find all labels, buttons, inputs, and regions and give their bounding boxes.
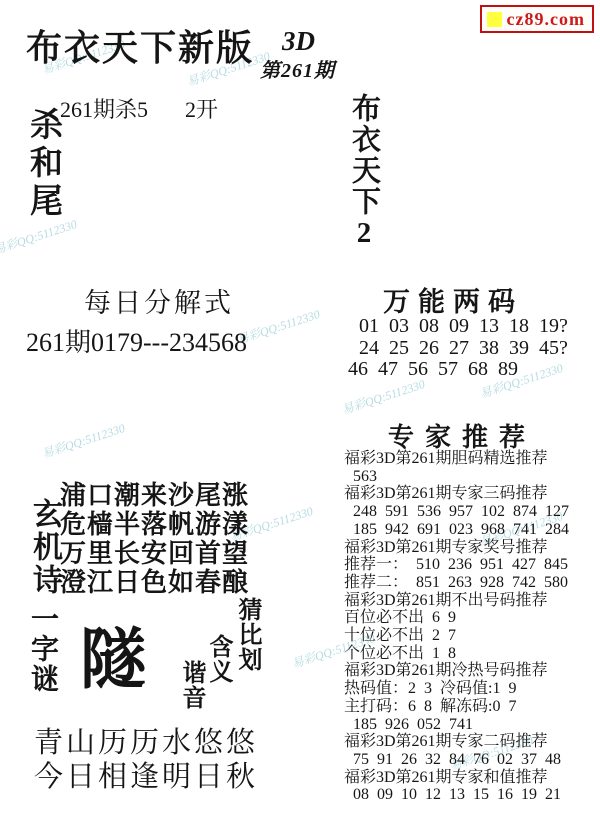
poem-line: 危樯半落帆游漾 <box>60 510 249 539</box>
expert-recommendation-list: 福彩3D第261期胆码精选推荐 563 福彩3D第261期专家三码推荐 248 … <box>344 450 596 804</box>
expert-line: 个位必不出 1 8 <box>344 645 596 663</box>
kill-open-text: 2开 <box>185 93 218 124</box>
watermark-text: 易彩QQ:5112330 <box>0 215 79 258</box>
expert-line: 75 91 26 32 84 76 02 37 48 <box>344 751 596 769</box>
watermark-text: 易彩QQ:5112330 <box>234 305 321 348</box>
daily-decomposition-formula: 261期0179---234568 <box>26 322 247 359</box>
closing-poem-line: 今日相逢明日秋 <box>34 760 258 794</box>
issue-number: 第261期 <box>260 54 335 83</box>
expert-line: 主打码：6 8 解冻码:0 7 <box>344 698 596 716</box>
poem-line: 浦口潮来沙尾涨 <box>60 481 249 510</box>
expert-line: 福彩3D第261期冷热号码推荐 <box>344 662 596 680</box>
sheet-title: 布衣天下新版 <box>26 20 254 71</box>
expert-line: 福彩3D第261期胆码精选推荐 <box>344 450 596 468</box>
expert-line: 推荐二： 851 263 928 742 580 <box>344 574 596 592</box>
expert-line: 563 <box>344 468 596 486</box>
two-codes-row: 46 47 56 57 68 89 <box>345 359 568 381</box>
expert-line: 百位必不出 6 9 <box>344 609 596 627</box>
lottery-tip-sheet: 易彩QQ:5112330 易彩QQ:5112330 易彩QQ:5112330 易… <box>0 0 600 824</box>
expert-line: 福彩3D第261期专家奖号推荐 <box>344 539 596 557</box>
mystery-poem: 浦口潮来沙尾涨 危樯半落帆游漾 万里长安回首望 澄江日色如春酿 <box>60 481 249 597</box>
game-label: 3D <box>282 26 315 57</box>
expert-line: 08 09 10 12 13 15 16 19 21 <box>344 786 596 804</box>
riddle-label: 一字谜 <box>22 604 62 694</box>
closing-poem-line: 青山历历水悠悠 <box>34 726 258 760</box>
riddle-hint: 谐音 <box>174 660 209 710</box>
kill-text: 261期杀5 <box>60 93 148 124</box>
expert-line: 185 942 691 023 968 741 284 <box>344 521 596 539</box>
kill-line: 261期杀5 2开 <box>60 93 218 124</box>
poem-line: 万里长安回首望 <box>60 539 249 568</box>
site-url: cz89.com <box>507 9 585 30</box>
expert-line: 福彩3D第261期不出号码推荐 <box>344 592 596 610</box>
closing-poem: 青山历历水悠悠 今日相逢明日秋 <box>34 726 258 794</box>
watermark-text: 易彩QQ:5112330 <box>39 419 126 462</box>
riddle-character: 隧 <box>80 628 146 694</box>
two-codes-row: 01 03 08 09 13 18 19? <box>345 316 568 338</box>
kill-vertical-label: 杀和尾 <box>20 107 67 221</box>
series-vertical-label: 布衣天下2 <box>344 93 385 251</box>
expert-line: 福彩3D第261期专家二码推荐 <box>344 733 596 751</box>
expert-line: 十位必不出 2 7 <box>344 627 596 645</box>
expert-line: 福彩3D第261期专家三码推荐 <box>344 485 596 503</box>
two-codes-title: 万能两码 <box>383 280 523 319</box>
watermark-text: 易彩QQ:5112330 <box>339 375 426 418</box>
expert-line: 福彩3D第261期专家和值推荐 <box>344 769 596 787</box>
daily-decomposition-title: 每日分解式 <box>84 281 234 320</box>
yellow-square-icon <box>487 12 502 27</box>
expert-line: 248 591 536 957 102 874 127 <box>344 503 596 521</box>
expert-line: 185 926 052 741 <box>344 716 596 734</box>
expert-recommendation-title: 专家推荐 <box>388 417 536 454</box>
two-codes-table: 01 03 08 09 13 18 19? 24 25 26 27 38 39 … <box>345 316 568 381</box>
expert-line: 热码值：2 3 冷码值:1 9 <box>344 680 596 698</box>
expert-line: 推荐一： 510 236 951 427 845 <box>344 556 596 574</box>
site-badge[interactable]: cz89.com <box>480 5 594 33</box>
two-codes-row: 24 25 26 27 38 39 45? <box>345 338 568 360</box>
poem-line: 澄江日色如春酿 <box>60 568 249 597</box>
